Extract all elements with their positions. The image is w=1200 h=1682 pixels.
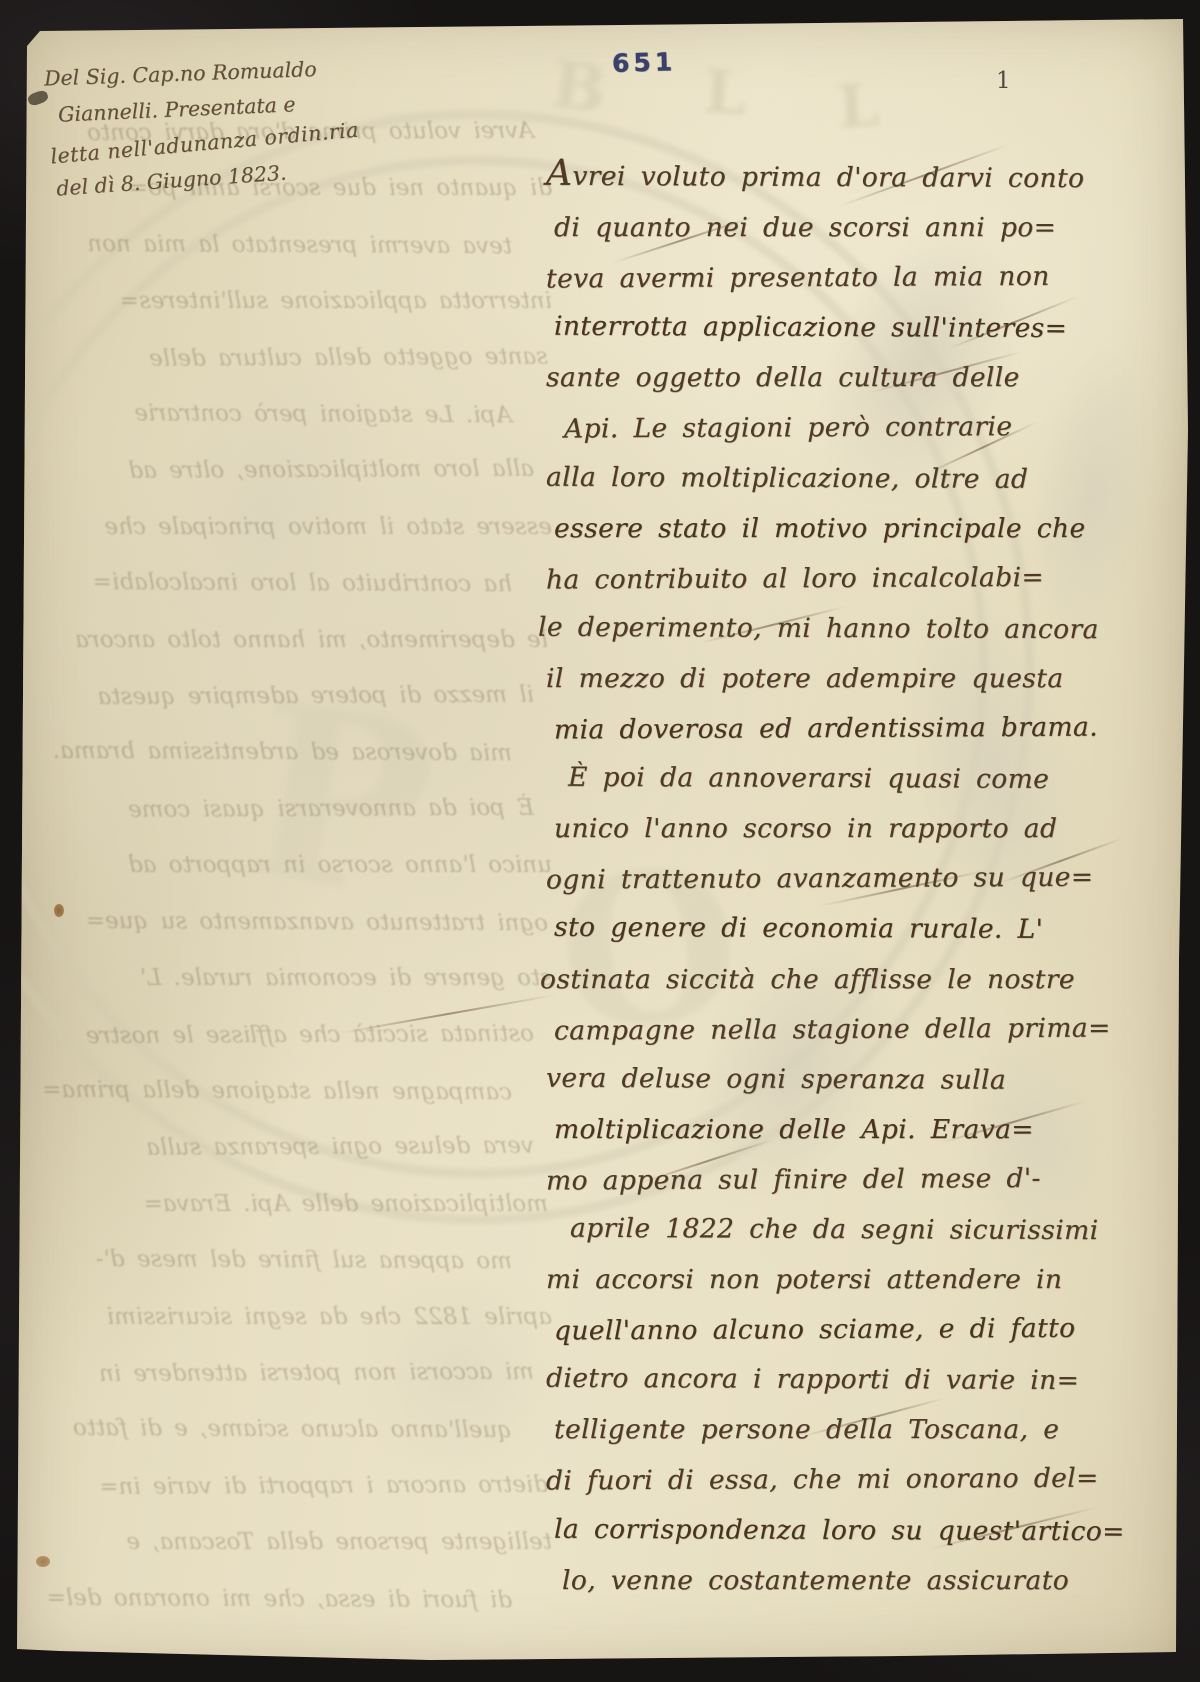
bleedthrough-line: ha contribuito al loro incalcolabi= xyxy=(37,554,512,613)
bleedthrough-line: di fuori di essa, che mi onorano del= xyxy=(37,1569,512,1628)
manuscript-line: di quanto nei due scorsi anni po= xyxy=(554,203,1123,253)
bleedthrough-line: sante oggetto della cultura delle xyxy=(37,328,548,387)
manuscript-line: lo, venne costantemente assicurato xyxy=(562,1556,1123,1606)
manuscript-line: mi accorsi non potersi attendere in xyxy=(546,1255,1123,1305)
manuscript-line: mia doverosa ed ardentissima brama. xyxy=(554,703,1123,756)
manuscript-line: la corrispondenza loro su quest'artico= xyxy=(554,1504,1123,1557)
bleedthrough-line: interrotta applicazione sull'interes= xyxy=(37,273,552,329)
manuscript-line: teva avermi presentato la mia non xyxy=(546,252,1123,305)
bleedthrough-line: È poi da annoverarsi quasi come xyxy=(37,780,534,839)
manuscript-line: campagne nella stagione della prima= xyxy=(554,1003,1123,1056)
bleedthrough-line: moltiplicazione delle Api. Erava= xyxy=(37,1176,548,1232)
bleedthrough-line: mo appena sul finire del mese d'- xyxy=(37,1231,512,1290)
bleedthrough-line: ogni trattenuto avanzamento su que= xyxy=(37,892,548,951)
manuscript-line: Api. Le stagioni però contrarie xyxy=(564,402,1123,455)
manuscript-line: mo appena sul finire del mese d'- xyxy=(546,1153,1123,1206)
manuscript-line: unico l'anno scorso in rapporto ad xyxy=(554,804,1123,854)
bleedthrough-line: mia doverosa ed ardentissima brama. xyxy=(37,723,512,782)
archive-number-stamp: 651 xyxy=(612,47,677,78)
manuscript-line: Avrei voluto prima d'ora darvi conto xyxy=(546,149,1123,205)
bleedthrough-line: dietro ancora i rapporti di varie in= xyxy=(37,1456,548,1515)
manuscript-line: alla loro moltiplicazione, oltre ad xyxy=(546,452,1123,505)
manuscript-line: ogni trattenuto avanzamento su que= xyxy=(546,853,1123,906)
bleedthrough-line: vera deluse ogni speranza sulla xyxy=(37,1118,534,1177)
photograph-background: B L L P O Avrei voluto prima d'ora darvi… xyxy=(0,0,1200,1682)
provenance-note: Del Sig. Cap.no Romualdo Giannelli. Pres… xyxy=(44,56,359,196)
bleedthrough-line: essere stato il motivo principale che xyxy=(37,499,552,555)
bleedthrough-line: Api. Le stagioni però contrarie xyxy=(37,385,512,444)
manuscript-line: ha contribuito al loro incalcolabi= xyxy=(546,552,1123,605)
manuscript-line: sante oggetto della cultura delle xyxy=(546,353,1123,403)
manuscript-page: B L L P O Avrei voluto prima d'ora darvi… xyxy=(0,0,1200,1682)
manuscript-line: quell'anno alcuno sciame, e di fatto xyxy=(554,1304,1123,1357)
foxing-spot xyxy=(54,904,64,917)
bleedthrough-line: il mezzo di potere adempire questa xyxy=(37,667,534,726)
bleedthrough-line: telligente persone della Toscana, e xyxy=(37,1514,552,1570)
bleedthrough-line: campagne nella stagione della prima= xyxy=(37,1062,512,1121)
manuscript-line: vera deluse ogni speranza sulla xyxy=(546,1053,1123,1106)
bleedthrough-line: teva avermi presentato la mia non xyxy=(37,216,512,275)
manuscript-line: dietro ancora i rapporti di varie in= xyxy=(546,1354,1123,1407)
manuscript-line: aprile 1822 che da segni sicurissimi xyxy=(570,1204,1123,1257)
bleedthrough-line: aprile 1822 che da segni sicurissimi xyxy=(37,1289,552,1345)
manuscript-line: il mezzo di potere adempire questa xyxy=(546,654,1123,704)
manuscript-line: ostinata siccità che afflisse le nostre xyxy=(540,955,1123,1005)
manuscript-line: telligente persone della Toscana, e xyxy=(554,1405,1123,1455)
manuscript-line: moltiplicazione delle Api. Erava= xyxy=(554,1105,1123,1155)
letter-body: Avrei voluto prima d'ora darvi conto di … xyxy=(538,150,1123,1606)
manuscript-line: interrotta applicazione sull'interes= xyxy=(554,302,1123,355)
bleedthrough-line: mi accorsi non potersi attendere in xyxy=(37,1344,534,1403)
bleedthrough-line: sto genere di economia rurale. L' xyxy=(37,950,552,1006)
bleedthrough-line: alla loro moltiplicazione, oltre ad xyxy=(37,441,534,500)
manuscript-line: essere stato il motivo principale che xyxy=(554,504,1123,554)
bleedthrough-line: quell'anno alcuno sciame, e di fatto xyxy=(37,1400,512,1459)
manuscript-line: È poi da annoverarsi quasi come xyxy=(568,753,1123,806)
folio-number: 1 xyxy=(996,68,1011,94)
manuscript-line: di fuori di essa, che mi onorano del= xyxy=(546,1454,1123,1507)
manuscript-line: sto genere di economia rurale. L' xyxy=(554,903,1123,956)
foxing-spot xyxy=(36,1556,50,1567)
bleedthrough-line: le deperimento, mi hanno tolto ancora xyxy=(37,612,548,668)
bleedthrough-line: unico l'anno scorso in rapporto ad xyxy=(37,837,552,893)
bleedthrough-line: ostinata siccità che afflisse le nostre xyxy=(37,1005,534,1064)
